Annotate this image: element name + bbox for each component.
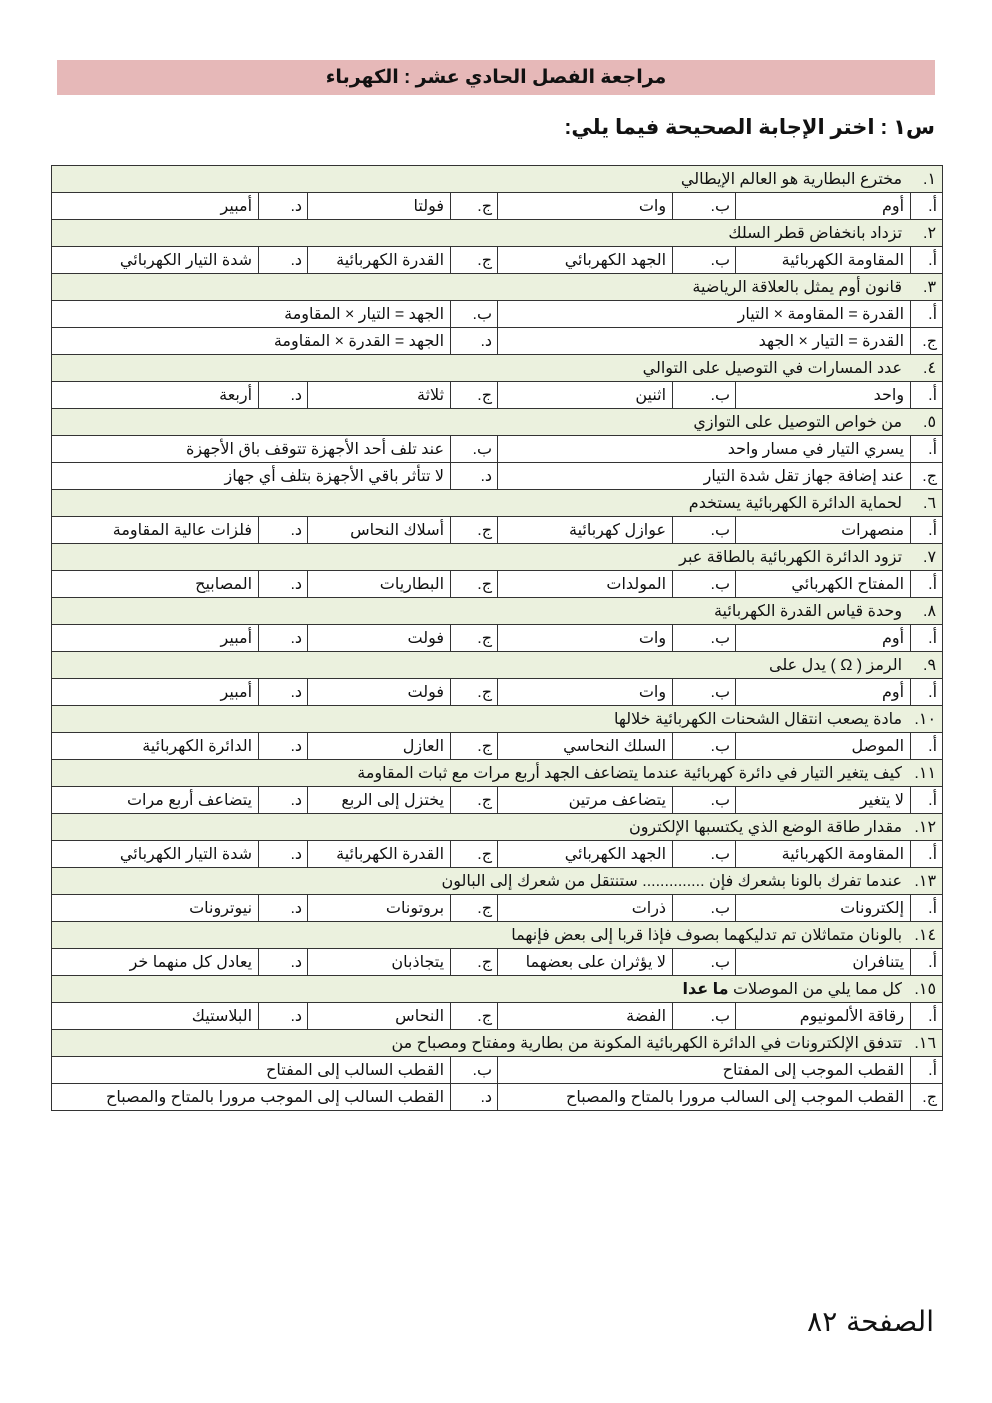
option-d[interactable]: فلزات عالية المقاومة bbox=[52, 517, 259, 544]
question-number: ١٤. bbox=[902, 925, 936, 945]
option-label-a: أ. bbox=[911, 301, 943, 328]
option-label-c: ج. bbox=[451, 895, 498, 922]
option-a[interactable]: أوم bbox=[736, 625, 911, 652]
option-label-b: ب. bbox=[673, 679, 736, 706]
question-number: ١٠. bbox=[902, 709, 936, 729]
option-c[interactable]: يختزل إلى الربع bbox=[308, 787, 451, 814]
question-row: ١١.كيف يتغير التيار في دائرة كهربائية عن… bbox=[52, 760, 943, 787]
option-label-c: ج. bbox=[451, 382, 498, 409]
option-label-d: د. bbox=[259, 733, 308, 760]
option-d[interactable]: لا تتأثر باقي الأجهزة بتلف أي جهاز bbox=[52, 463, 451, 490]
option-label-d: د. bbox=[259, 517, 308, 544]
question-row: ١٦.تتدفق الإلكترونات في الدائرة الكهربائ… bbox=[52, 1030, 943, 1057]
option-c[interactable]: القدرة الكهربائية bbox=[308, 841, 451, 868]
option-c[interactable]: النحاس bbox=[308, 1003, 451, 1030]
option-label-d: د. bbox=[451, 1084, 498, 1111]
option-label-a: أ. bbox=[911, 1057, 943, 1084]
option-label-d: د. bbox=[259, 382, 308, 409]
question-row: ٨.وحدة قياس القدرة الكهربائية bbox=[52, 598, 943, 625]
question-number: ٣. bbox=[902, 277, 936, 297]
options-row: أ.يسري التيار في مسار واحدب.عند تلف أحد … bbox=[52, 436, 943, 463]
question-text: مخترع البطارية هو العالم الإيطالي bbox=[681, 171, 902, 188]
option-a[interactable]: منصهرات bbox=[736, 517, 911, 544]
question-text: كل مما يلي من الموصلات bbox=[733, 981, 902, 998]
question-cell: ٧.تزود الدائرة الكهربائية بالطاقة عبر bbox=[52, 544, 943, 571]
question-cell: ٥.من خواص التوصيل على التوازي bbox=[52, 409, 943, 436]
question-row: ١٥.كل مما يلي من الموصلات ما عدا bbox=[52, 976, 943, 1003]
question-row: ٩.الرمز ( Ω ) يدل على bbox=[52, 652, 943, 679]
option-a[interactable]: يتنافران bbox=[736, 949, 911, 976]
option-label-a: أ. bbox=[911, 733, 943, 760]
options-row: أ.المقاومة الكهربائيةب.الجهد الكهربائيج.… bbox=[52, 247, 943, 274]
question-row: ١٤.بالونان متماثلان تم تدليكهما بصوف فإذ… bbox=[52, 922, 943, 949]
option-d[interactable]: أربعة bbox=[52, 382, 259, 409]
option-label-a: أ. bbox=[911, 571, 943, 598]
question-text: تزود الدائرة الكهربائية بالطاقة عبر bbox=[679, 549, 902, 566]
option-label-b: ب. bbox=[673, 733, 736, 760]
option-label-c: ج. bbox=[451, 193, 498, 220]
option-label-c: ج. bbox=[451, 679, 498, 706]
section-heading: س١ : اختر الإجابة الصحيحة فيما يلي: bbox=[564, 115, 935, 140]
option-label-c: ج. bbox=[451, 787, 498, 814]
option-a[interactable]: المقاومة الكهربائية bbox=[736, 247, 911, 274]
option-label-b: ب. bbox=[673, 247, 736, 274]
option-label-a: أ. bbox=[911, 517, 943, 544]
question-emphasis: ما عدا bbox=[683, 981, 729, 998]
option-label-a: أ. bbox=[911, 436, 943, 463]
option-label-a: أ. bbox=[911, 382, 943, 409]
option-label-d: د. bbox=[259, 1003, 308, 1030]
options-row: أ.واحدب.اثنينج.ثلاثةد.أربعة bbox=[52, 382, 943, 409]
option-label-c: ج. bbox=[911, 328, 943, 355]
option-b[interactable]: القطب السالب إلى المفتاح bbox=[52, 1057, 451, 1084]
option-label-a: أ. bbox=[911, 1003, 943, 1030]
options-row: أ.لا يتغيرب.يتضاعف مرتينج.يختزل إلى الرب… bbox=[52, 787, 943, 814]
option-label-b: ب. bbox=[673, 949, 736, 976]
question-text: بالونان متماثلان تم تدليكهما بصوف فإذا ق… bbox=[511, 927, 902, 944]
question-text: مقدار طاقة الوضع الذي يكتسبها الإلكترون bbox=[629, 819, 902, 836]
option-label-b: ب. bbox=[673, 841, 736, 868]
option-label-d: د. bbox=[259, 949, 308, 976]
option-a[interactable]: إلكترونات bbox=[736, 895, 911, 922]
question-cell: ١٢.مقدار طاقة الوضع الذي يكتسبها الإلكتر… bbox=[52, 814, 943, 841]
chapter-title-bar: مراجعة الفصل الحادي عشر : الكهرباء bbox=[57, 60, 935, 95]
question-row: ٥.من خواص التوصيل على التوازي bbox=[52, 409, 943, 436]
option-label-d: د. bbox=[259, 571, 308, 598]
option-label-d: د. bbox=[259, 247, 308, 274]
question-text: وحدة قياس القدرة الكهربائية bbox=[714, 603, 902, 620]
options-row: أ.منصهراتب.عوازل كهربائيةج.أسلاك النحاسد… bbox=[52, 517, 943, 544]
option-label-d: د. bbox=[259, 787, 308, 814]
question-row: ١.مخترع البطارية هو العالم الإيطالي bbox=[52, 166, 943, 193]
option-d[interactable]: البلاستيك bbox=[52, 1003, 259, 1030]
options-row: أ.يتنافرانب.لا يؤثران على بعضهماج.يتجاذب… bbox=[52, 949, 943, 976]
option-label-b: ب. bbox=[673, 787, 736, 814]
option-label-c: ج. bbox=[911, 1084, 943, 1111]
question-cell: ١٥.كل مما يلي من الموصلات ما عدا bbox=[52, 976, 943, 1003]
option-label-c: ج. bbox=[451, 841, 498, 868]
option-label-a: أ. bbox=[911, 193, 943, 220]
question-text: قانون أوم يمثل بالعلاقة الرياضية bbox=[692, 279, 902, 296]
option-a[interactable]: القدرة = المقاومة × التيار bbox=[498, 301, 911, 328]
option-b[interactable]: عوازل كهربائية bbox=[498, 517, 673, 544]
options-row: أ.أومب.واتج.فولتد.أمبير bbox=[52, 679, 943, 706]
option-a[interactable]: أوم bbox=[736, 679, 911, 706]
options-row: أ.أومب.واتج.فولتاد.أمبير bbox=[52, 193, 943, 220]
option-d[interactable]: أمبير bbox=[52, 679, 259, 706]
question-text: تتدفق الإلكترونات في الدائرة الكهربائية … bbox=[391, 1035, 902, 1052]
option-b[interactable]: يتضاعف مرتين bbox=[498, 787, 673, 814]
question-row: ١٢.مقدار طاقة الوضع الذي يكتسبها الإلكتر… bbox=[52, 814, 943, 841]
option-label-b: ب. bbox=[673, 571, 736, 598]
question-row: ١٣.عندما تفرك بالونا بشعرك فإن .........… bbox=[52, 868, 943, 895]
option-a[interactable]: المفتاح الكهربائي bbox=[736, 571, 911, 598]
options-row: ج.عند إضافة جهاز تقل شدة التيارد.لا تتأث… bbox=[52, 463, 943, 490]
option-d[interactable]: أمبير bbox=[52, 625, 259, 652]
option-b[interactable]: السلك النحاسي bbox=[498, 733, 673, 760]
option-label-d: د. bbox=[451, 463, 498, 490]
option-label-b: ب. bbox=[673, 625, 736, 652]
option-d[interactable]: المصابيح bbox=[52, 571, 259, 598]
question-text: لحماية الدائرة الكهربائية يستخدم bbox=[689, 495, 902, 512]
question-text: مادة يصعب انتقال الشحنات الكهربائية خلال… bbox=[614, 711, 902, 728]
option-c[interactable]: يتجاذبان bbox=[308, 949, 451, 976]
question-text: كيف يتغير التيار في دائرة كهربائية عندما… bbox=[357, 765, 902, 782]
option-c[interactable]: عند إضافة جهاز تقل شدة التيار bbox=[498, 463, 911, 490]
option-label-b: ب. bbox=[451, 1057, 498, 1084]
option-b[interactable]: وات bbox=[498, 193, 673, 220]
option-label-b: ب. bbox=[673, 193, 736, 220]
option-b[interactable]: الجهد الكهربائي bbox=[498, 841, 673, 868]
question-text: تزداد بانخفاض قطر السلك bbox=[728, 225, 902, 242]
option-c[interactable]: العازل bbox=[308, 733, 451, 760]
question-text: الرمز ( Ω ) يدل على bbox=[769, 657, 902, 674]
option-label-c: ج. bbox=[451, 1003, 498, 1030]
option-label-d: د. bbox=[259, 841, 308, 868]
question-row: ٤.عدد المسارات في التوصيل على التوالي bbox=[52, 355, 943, 382]
question-cell: ١٤.بالونان متماثلان تم تدليكهما بصوف فإذ… bbox=[52, 922, 943, 949]
option-d[interactable]: الدائرة الكهربائية bbox=[52, 733, 259, 760]
option-c[interactable]: فولت bbox=[308, 625, 451, 652]
question-number: ٤. bbox=[902, 358, 936, 378]
option-b[interactable]: الجهد = التيار × المقاومة bbox=[52, 301, 451, 328]
option-label-b: ب. bbox=[673, 382, 736, 409]
option-d[interactable]: الجهد = القدرة × المقاومة bbox=[52, 328, 451, 355]
option-c[interactable]: ثلاثة bbox=[308, 382, 451, 409]
question-cell: ٩.الرمز ( Ω ) يدل على bbox=[52, 652, 943, 679]
question-cell: ١٠.مادة يصعب انتقال الشحنات الكهربائية خ… bbox=[52, 706, 943, 733]
options-row: ج.القدرة = التيار × الجهدد.الجهد = القدر… bbox=[52, 328, 943, 355]
question-row: ٧.تزود الدائرة الكهربائية بالطاقة عبر bbox=[52, 544, 943, 571]
question-cell: ١.مخترع البطارية هو العالم الإيطالي bbox=[52, 166, 943, 193]
options-row: أ.القدرة = المقاومة × التيارب.الجهد = ال… bbox=[52, 301, 943, 328]
option-d[interactable]: أمبير bbox=[52, 193, 259, 220]
question-number: ١٦. bbox=[902, 1033, 936, 1053]
question-cell: ٨.وحدة قياس القدرة الكهربائية bbox=[52, 598, 943, 625]
option-label-a: أ. bbox=[911, 841, 943, 868]
options-row: ج.القطب الموجب إلى السالب مرورا بالمتاح … bbox=[52, 1084, 943, 1111]
option-label-c: ج. bbox=[451, 949, 498, 976]
option-label-d: د. bbox=[259, 193, 308, 220]
question-cell: ٣.قانون أوم يمثل بالعلاقة الرياضية bbox=[52, 274, 943, 301]
option-label-d: د. bbox=[259, 679, 308, 706]
options-row: أ.المقاومة الكهربائيةب.الجهد الكهربائيج.… bbox=[52, 841, 943, 868]
option-label-c: ج. bbox=[451, 517, 498, 544]
question-number: ١٢. bbox=[902, 817, 936, 837]
option-b[interactable]: المولدات bbox=[498, 571, 673, 598]
option-d[interactable]: يعادل كل منهما خر bbox=[52, 949, 259, 976]
question-row: ١٠.مادة يصعب انتقال الشحنات الكهربائية خ… bbox=[52, 706, 943, 733]
option-d[interactable]: القطب السالب إلى الموجب مرورا بالمتاح وا… bbox=[52, 1084, 451, 1111]
option-label-b: ب. bbox=[673, 517, 736, 544]
option-label-a: أ. bbox=[911, 949, 943, 976]
option-label-a: أ. bbox=[911, 247, 943, 274]
option-b[interactable]: الفضة bbox=[498, 1003, 673, 1030]
question-row: ٢.تزداد بانخفاض قطر السلك bbox=[52, 220, 943, 247]
option-a[interactable]: رقاقة الألمونيوم bbox=[736, 1003, 911, 1030]
option-label-d: د. bbox=[259, 895, 308, 922]
option-c[interactable]: بروتونات bbox=[308, 895, 451, 922]
option-label-b: ب. bbox=[673, 1003, 736, 1030]
question-text: من خواص التوصيل على التوازي bbox=[693, 414, 902, 431]
option-d[interactable]: يتضاعف أربع مرات bbox=[52, 787, 259, 814]
question-number: ١١. bbox=[902, 763, 936, 783]
question-number: ٨. bbox=[902, 601, 936, 621]
question-number: ١. bbox=[902, 169, 936, 189]
option-label-a: أ. bbox=[911, 895, 943, 922]
option-label-b: ب. bbox=[451, 436, 498, 463]
option-label-a: أ. bbox=[911, 625, 943, 652]
option-c[interactable]: فولت bbox=[308, 679, 451, 706]
option-label-a: أ. bbox=[911, 787, 943, 814]
option-c[interactable]: فولتا bbox=[308, 193, 451, 220]
options-row: أ.القطب الموجب إلى المفتاحب.القطب السالب… bbox=[52, 1057, 943, 1084]
question-cell: ٤.عدد المسارات في التوصيل على التوالي bbox=[52, 355, 943, 382]
option-c[interactable]: القطب الموجب إلى السالب مرورا بالمتاح وا… bbox=[498, 1084, 911, 1111]
options-row: أ.رقاقة الألمونيومب.الفضةج.النحاسد.البلا… bbox=[52, 1003, 943, 1030]
option-label-a: أ. bbox=[911, 679, 943, 706]
option-label-d: د. bbox=[259, 625, 308, 652]
question-cell: ١١.كيف يتغير التيار في دائرة كهربائية عن… bbox=[52, 760, 943, 787]
option-a[interactable]: يسري التيار في مسار واحد bbox=[498, 436, 911, 463]
question-number: ١٥. bbox=[902, 979, 936, 999]
option-b[interactable]: ذرات bbox=[498, 895, 673, 922]
option-a[interactable]: المقاومة الكهربائية bbox=[736, 841, 911, 868]
question-cell: ٦.لحماية الدائرة الكهربائية يستخدم bbox=[52, 490, 943, 517]
option-label-b: ب. bbox=[451, 301, 498, 328]
question-number: ٧. bbox=[902, 547, 936, 567]
option-d[interactable]: شدة التيار الكهربائي bbox=[52, 841, 259, 868]
question-number: ٦. bbox=[902, 493, 936, 513]
option-label-c: ج. bbox=[911, 463, 943, 490]
option-b[interactable]: عند تلف أحد الأجهزة تتوقف باق الأجهزة bbox=[52, 436, 451, 463]
question-cell: ١٦.تتدفق الإلكترونات في الدائرة الكهربائ… bbox=[52, 1030, 943, 1057]
question-row: ٦.لحماية الدائرة الكهربائية يستخدم bbox=[52, 490, 943, 517]
option-label-c: ج. bbox=[451, 571, 498, 598]
chapter-title: مراجعة الفصل الحادي عشر : الكهرباء bbox=[326, 66, 667, 89]
option-d[interactable]: شدة التيار الكهربائي bbox=[52, 247, 259, 274]
option-b[interactable]: لا يؤثران على بعضهما bbox=[498, 949, 673, 976]
option-c[interactable]: القدرة الكهربائية bbox=[308, 247, 451, 274]
option-b[interactable]: وات bbox=[498, 679, 673, 706]
options-row: أ.المفتاح الكهربائيب.المولداتج.البطاريات… bbox=[52, 571, 943, 598]
option-label-b: ب. bbox=[673, 895, 736, 922]
option-label-c: ج. bbox=[451, 625, 498, 652]
option-a[interactable]: القطب الموجب إلى المفتاح bbox=[498, 1057, 911, 1084]
question-text: عندما تفرك بالونا بشعرك فإن ............… bbox=[441, 873, 902, 890]
option-a[interactable]: واحد bbox=[736, 382, 911, 409]
option-c[interactable]: البطاريات bbox=[308, 571, 451, 598]
option-c[interactable]: أسلاك النحاس bbox=[308, 517, 451, 544]
option-label-c: ج. bbox=[451, 733, 498, 760]
quiz-table: ١.مخترع البطارية هو العالم الإيطاليأ.أوم… bbox=[51, 165, 943, 1111]
page-number: الصفحة ٨٢ bbox=[807, 1305, 934, 1338]
option-c[interactable]: القدرة = التيار × الجهد bbox=[498, 328, 911, 355]
option-a[interactable]: الموصل bbox=[736, 733, 911, 760]
question-number: ٥. bbox=[902, 412, 936, 432]
option-d[interactable]: نيوترونات bbox=[52, 895, 259, 922]
question-number: ٩. bbox=[902, 655, 936, 675]
question-text: عدد المسارات في التوصيل على التوالي bbox=[643, 360, 902, 377]
option-label-c: ج. bbox=[451, 247, 498, 274]
option-b[interactable]: اثنين bbox=[498, 382, 673, 409]
option-b[interactable]: الجهد الكهربائي bbox=[498, 247, 673, 274]
options-row: أ.أومب.واتج.فولتد.أمبير bbox=[52, 625, 943, 652]
options-row: أ.إلكتروناتب.ذراتج.بروتوناتد.نيوترونات bbox=[52, 895, 943, 922]
option-a[interactable]: أوم bbox=[736, 193, 911, 220]
question-row: ٣.قانون أوم يمثل بالعلاقة الرياضية bbox=[52, 274, 943, 301]
question-cell: ١٣.عندما تفرك بالونا بشعرك فإن .........… bbox=[52, 868, 943, 895]
question-cell: ٢.تزداد بانخفاض قطر السلك bbox=[52, 220, 943, 247]
question-number: ١٣. bbox=[902, 871, 936, 891]
question-number: ٢. bbox=[902, 223, 936, 243]
option-a[interactable]: لا يتغير bbox=[736, 787, 911, 814]
option-label-d: د. bbox=[451, 328, 498, 355]
options-row: أ.الموصلب.السلك النحاسيج.العازلد.الدائرة… bbox=[52, 733, 943, 760]
option-b[interactable]: وات bbox=[498, 625, 673, 652]
